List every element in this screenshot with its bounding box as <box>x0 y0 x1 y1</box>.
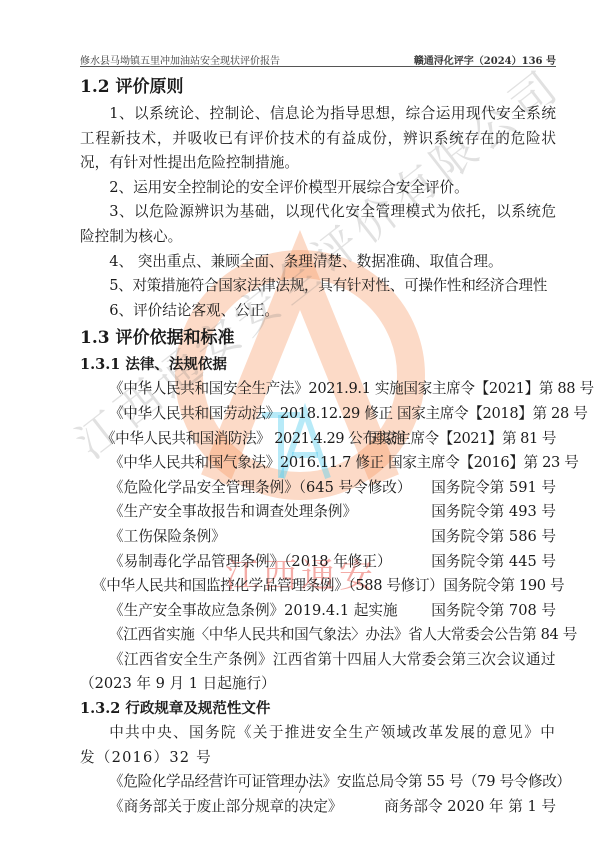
principle-item-1: 1、以系统论、控制论、信息论为指导思想，综合运用现代安全系统工程新技术，并吸收已… <box>80 102 556 176</box>
regulation-row: 《生产安全事故报告和调查处理条例》国务院令第 493 号 <box>80 500 556 525</box>
regulation-row: 《危险化学品安全管理条例》（645 号令修改）国务院令第 591 号 <box>80 476 556 501</box>
principle-item-5: 5、对策措施符合国家法律法规，具有针对性、可操作性和经济合理性 <box>80 274 556 299</box>
regulation-text: 《江西省安全生产条例》江西省第十四届人大常委会第三次会议通过 <box>109 648 556 673</box>
regulation-text: 《易制毒化学品管理条例》（2018 年修正） <box>109 550 392 575</box>
regulation-text: 《生产安全事故应急条例》2019.4.1 起实施 <box>109 599 398 624</box>
law-text: 《中华人民共和国消防法》 2021.4.29 公布实施 <box>101 427 405 452</box>
regulation-row: 《易制毒化学品管理条例》（2018 年修正）国务院令第 445 号 <box>80 550 556 575</box>
report-title: 修水县马坳镇五里冲加油站安全现状评价报告 <box>80 52 280 67</box>
regulation-text: （2023 年 9 月 1 日起施行） <box>80 672 276 697</box>
regulation-row: 《江西省安全生产条例》江西省第十四届人大常委会第三次会议通过 <box>80 648 556 673</box>
document-para: 中共中央、国务院《关于推进安全生产领域改革发展的意见》中发（2016）32 号 <box>80 721 556 770</box>
report-number: 赣通浔化评字（2024）136 号 <box>414 52 556 67</box>
regulation-text: 《生产安全事故报告和调查处理条例》 <box>109 500 357 525</box>
regulation-order-number: 国务院令第 591 号 <box>431 476 556 501</box>
section-heading-1-3: 1.3 评价依据和标准 <box>80 325 556 351</box>
principle-item-2: 2、运用安全控制论的安全评价模型开展综合安全评价。 <box>80 176 556 201</box>
rule-text: 《商务部关于废止部分规章的决定》 <box>109 795 343 820</box>
law-text: 《中华人民共和国劳动法》2018.12.29 修正 国家主席令【2018】第 2… <box>109 402 587 427</box>
page-content: 1.2 评价原则 1、以系统论、控制论、信息论为指导思想，综合运用现代安全系统工… <box>80 74 556 819</box>
law-order-number: 国家主席令【2021】第 81 号 <box>368 427 556 452</box>
regulation-continuation: （2023 年 9 月 1 日起施行） <box>80 672 556 697</box>
regulation-text: 《江西省实施〈中华人民共和国气象法〉办法》省人大常委会公告第 84 号 <box>109 623 577 648</box>
law-text: 《中华人民共和国气象法》2016.11.7 修正 国家主席令【2016】第 23… <box>109 451 579 476</box>
page-number: 7 <box>0 785 600 796</box>
regulation-row: 《工伤保险条例》国务院令第 586 号 <box>80 525 556 550</box>
rule-order-number: 商务部令 2020 年 第 1 号 <box>384 795 556 820</box>
regulation-order-number: 国务院令第 708 号 <box>431 599 556 624</box>
principle-item-3: 3、以危险源辨识为基础，以现代化安全管理模式为依托，以系统危险控制为核心。 <box>80 200 556 249</box>
regulation-text: 《中华人民共和国监控化学品管理条例》（588 号修订）国务院令第 190 号 <box>92 574 564 599</box>
principle-item-4: 4、 突出重点、兼顾全面、条理清楚、数据准确、取值合理。 <box>80 250 556 275</box>
rule-row: 《商务部关于废止部分规章的决定》商务部令 2020 年 第 1 号 <box>80 795 556 820</box>
document-page: 江西通安 江西通安安全评价有限公司 修水县马坳镇五里冲加油站安全现状评价报告 赣… <box>0 0 600 849</box>
subsection-heading-1-3-2: 1.3.2 行政规章及规范性文件 <box>80 697 556 721</box>
regulation-row: 《江西省实施〈中华人民共和国气象法〉办法》省人大常委会公告第 84 号 <box>80 623 556 648</box>
regulation-order-number: 国务院令第 493 号 <box>431 500 556 525</box>
law-row: 《中华人民共和国安全生产法》2021.9.1 实施国家主席令【2021】第 88… <box>80 377 556 402</box>
regulation-row: 《中华人民共和国监控化学品管理条例》（588 号修订）国务院令第 190 号 <box>80 574 556 599</box>
principle-item-6: 6、评价结论客观、公正。 <box>80 299 556 324</box>
section-heading-1-2: 1.2 评价原则 <box>80 74 556 100</box>
law-text: 《中华人民共和国安全生产法》2021.9.1 实施国家主席令【2021】第 88… <box>109 377 594 402</box>
regulation-row: 《生产安全事故应急条例》2019.4.1 起实施国务院令第 708 号 <box>80 599 556 624</box>
law-row: 《中华人民共和国气象法》2016.11.7 修正 国家主席令【2016】第 23… <box>80 451 556 476</box>
law-row: 《中华人民共和国劳动法》2018.12.29 修正 国家主席令【2018】第 2… <box>80 402 556 427</box>
running-header: 修水县马坳镇五里冲加油站安全现状评价报告 赣通浔化评字（2024）136 号 <box>80 52 556 67</box>
regulation-order-number: 国务院令第 445 号 <box>431 550 556 575</box>
law-row: 《中华人民共和国消防法》 2021.4.29 公布实施国家主席令【2021】第 … <box>80 427 556 452</box>
regulation-text: 《工伤保险条例》 <box>109 525 226 550</box>
regulation-text: 《危险化学品安全管理条例》（645 号令修改） <box>109 476 411 501</box>
regulation-order-number: 国务院令第 586 号 <box>431 525 556 550</box>
subsection-heading-1-3-1: 1.3.1 法律、法规依据 <box>80 353 556 377</box>
